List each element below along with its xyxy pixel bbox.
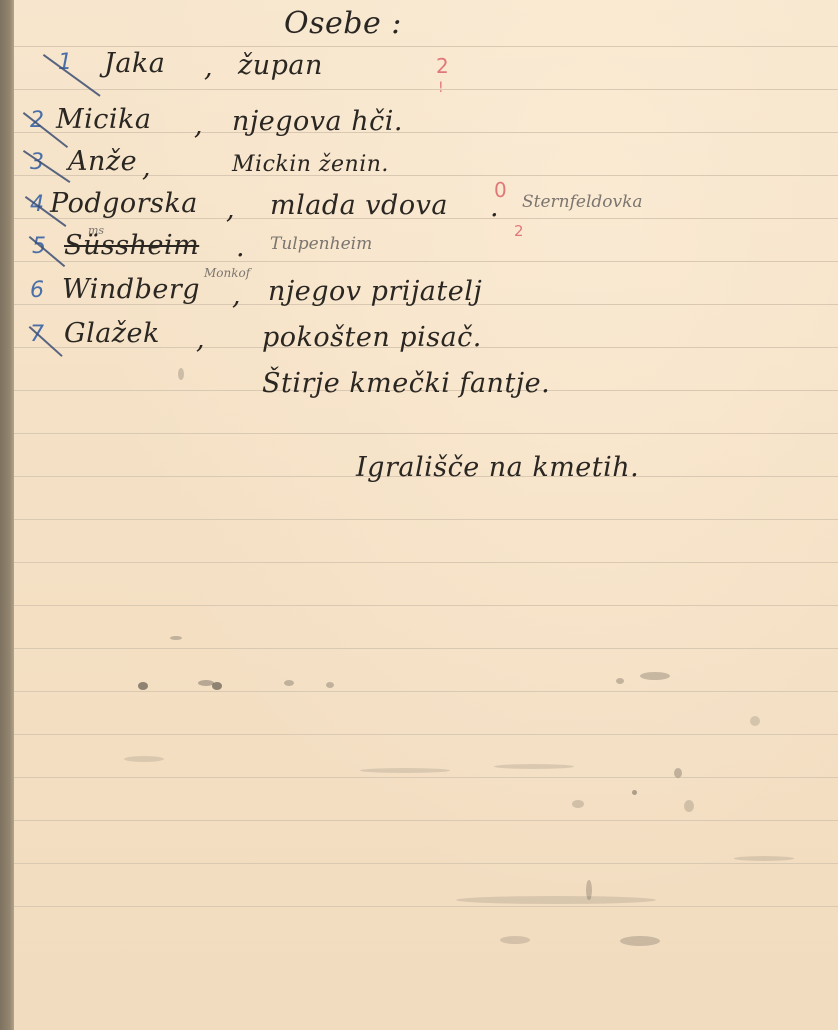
extra-cast-line: Štirje kmečki fantje. — [262, 368, 550, 399]
ink-smudge — [674, 768, 682, 778]
ruled-line — [14, 734, 838, 735]
separator-comma: , — [194, 110, 203, 141]
ink-smudge — [212, 682, 222, 690]
separator-comma: , — [196, 324, 205, 355]
ink-smudge — [586, 880, 592, 900]
ruled-line — [14, 175, 838, 176]
ink-smudge — [456, 896, 656, 904]
character-name-micika: Micika — [56, 104, 152, 135]
ruled-line — [14, 605, 838, 606]
ruled-line — [14, 46, 838, 47]
ruled-line — [14, 691, 838, 692]
ink-smudge — [178, 368, 184, 380]
ink-smudge — [684, 800, 694, 812]
ink-smudge — [170, 636, 182, 640]
character-desc-windberg: njegov prijatelj — [268, 276, 482, 307]
ink-smudge — [124, 756, 164, 762]
ruled-line — [14, 906, 838, 907]
setting-line: Igrališče na kmetih. — [356, 452, 639, 483]
separator-comma: , — [232, 280, 241, 311]
ink-smudge — [138, 682, 148, 690]
ink-smudge — [616, 678, 624, 684]
ruled-line — [14, 433, 838, 434]
ruled-line — [14, 89, 838, 90]
separator-period: . — [236, 232, 245, 263]
ink-smudge — [750, 716, 760, 726]
ruled-line — [14, 777, 838, 778]
ink-smudge — [284, 680, 294, 686]
ruled-line — [14, 648, 838, 649]
ink-smudge — [640, 672, 670, 680]
ruled-line — [14, 863, 838, 864]
notebook-binding-edge — [0, 0, 14, 1030]
character-name-podgorska: Podgorska — [50, 188, 198, 219]
pencil-annotation-tulpenheim: Tulpenheim — [270, 234, 372, 254]
ink-smudge — [500, 936, 530, 944]
ink-smudge — [494, 764, 574, 769]
pencil-annotation-monkof: Monkof — [204, 266, 250, 280]
ruled-line — [14, 519, 838, 520]
character-desc-jaka: župan — [238, 50, 323, 81]
character-name-jaka: Jaka — [104, 48, 165, 79]
character-name-anze: Anže — [68, 146, 137, 177]
separator-comma: , — [204, 52, 213, 83]
ink-smudge — [734, 856, 794, 861]
page-heading: Osebe : — [284, 6, 402, 41]
red-pencil-mark-top: 0 — [494, 178, 507, 202]
red-pencil-mark-bottom: 2 — [514, 222, 524, 240]
ink-smudge — [326, 682, 334, 688]
notebook-page — [14, 0, 838, 1030]
ruled-line — [14, 562, 838, 563]
character-desc-glazek: pokošten pisač. — [262, 322, 482, 353]
character-name-windberg: Windberg — [62, 274, 200, 305]
separator-comma: , — [142, 152, 151, 183]
red-pencil-mark: 2 — [436, 54, 449, 78]
ruled-line — [14, 820, 838, 821]
ink-smudge — [572, 800, 584, 808]
character-desc-anze: Mickin ženin. — [232, 152, 389, 177]
pencil-annotation-sternfeldovka: Sternfeldovka — [522, 192, 643, 212]
character-desc-micika: njegova hči. — [232, 106, 403, 137]
ink-smudge — [360, 768, 450, 773]
ink-smudge — [620, 936, 660, 946]
ruled-line — [14, 261, 838, 262]
character-name-glazek: Glažek — [64, 318, 160, 349]
ink-smudge — [632, 790, 637, 795]
character-desc-podgorska: mlada vdova — [270, 190, 448, 221]
character-name-sussheim-struck: Süssheim — [64, 230, 199, 261]
red-pencil-dot: ! — [438, 80, 444, 96]
blue-number-6: 6 — [30, 278, 44, 303]
separator-comma: , — [226, 194, 235, 225]
